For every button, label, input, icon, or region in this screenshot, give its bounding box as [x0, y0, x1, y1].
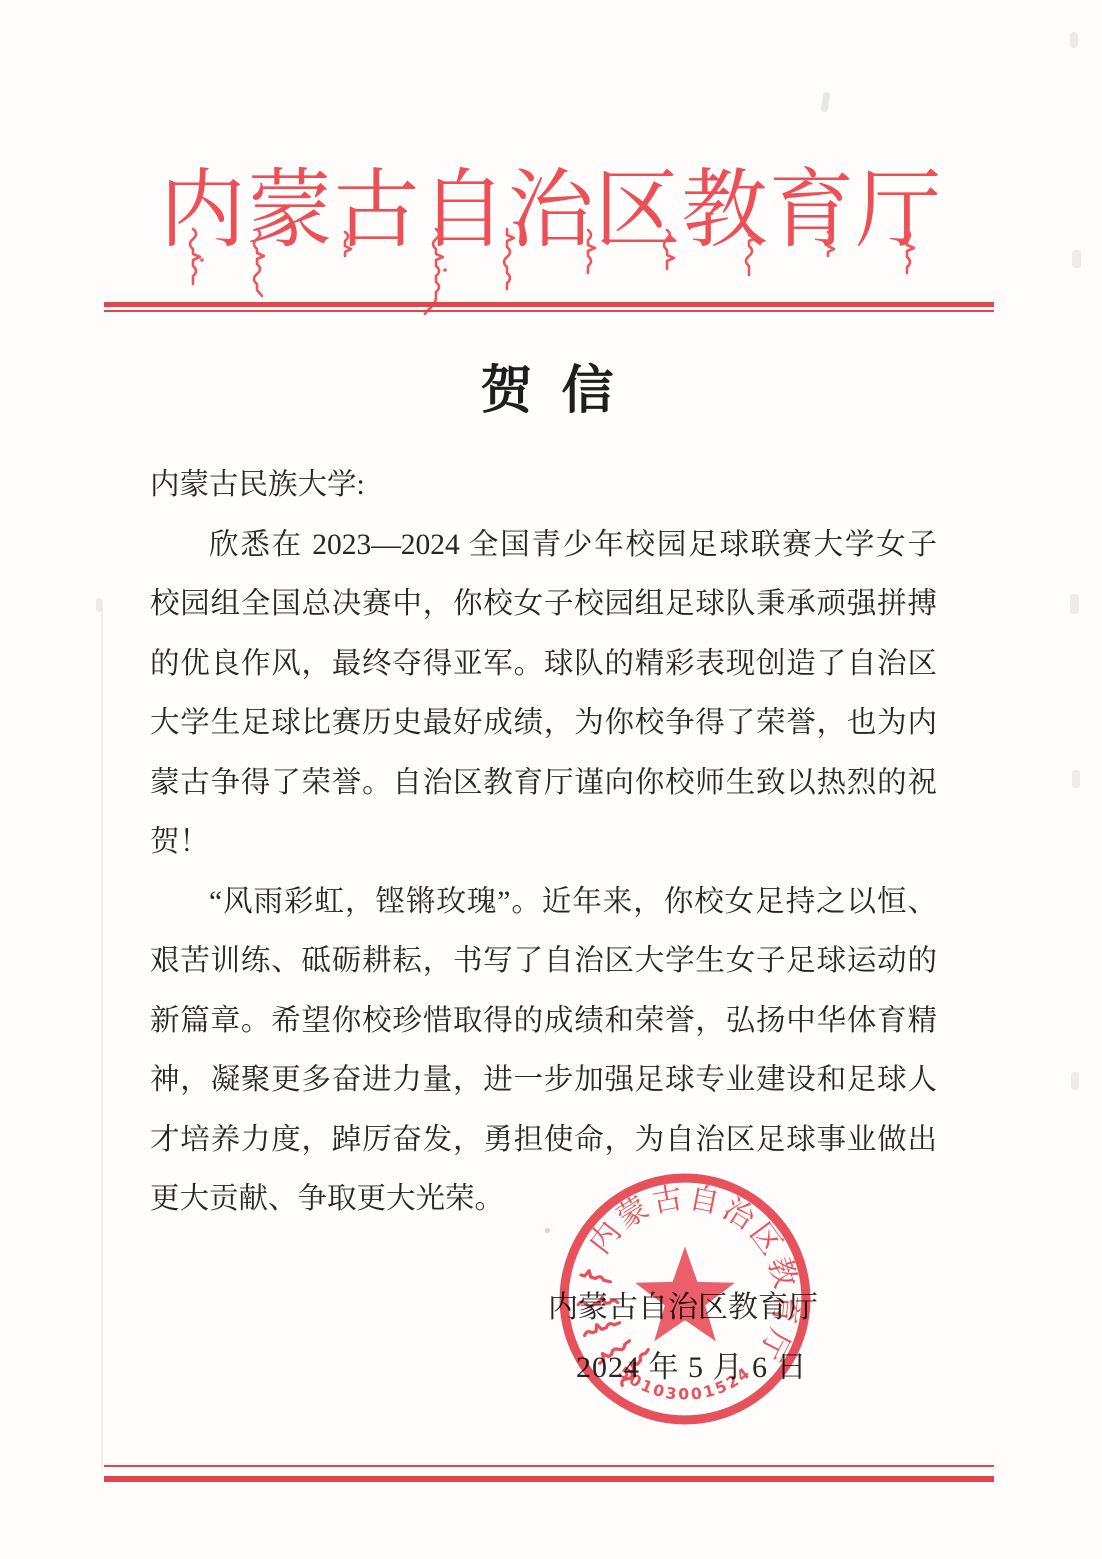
- letter-line: 更大贡献、争取更大光荣。: [150, 1170, 937, 1230]
- scan-artifact: [1072, 770, 1080, 788]
- scan-artifact: [96, 598, 102, 612]
- footer-rule-thin: [104, 1465, 994, 1467]
- mongolian-glyph: [504, 229, 514, 289]
- mongolian-glyph: [828, 232, 834, 256]
- letter-line: 内蒙古民族大学:: [150, 456, 937, 516]
- scan-artifact: [1070, 32, 1078, 48]
- header-rule-thick: [104, 302, 994, 307]
- mongolian-glyph: [664, 230, 674, 269]
- letter-line: 大学生足球比赛历史最好成绩，为你校争得了荣誉，也为内: [150, 694, 937, 754]
- letter-line: “风雨彩虹，铿锵玫瑰”。近年来，你校女足持之以恒、: [150, 873, 937, 933]
- letter-line: 才培养力度，踔厉奋发，勇担使命，为自治区足球事业做出: [150, 1111, 937, 1171]
- letter-line: 贺！: [150, 813, 937, 873]
- letter-page: 内蒙古自治区教育厅 贺 信 内蒙古民族大学:欣悉在 2023—2024 全国青少…: [0, 0, 1102, 1559]
- mongolian-glyph: [746, 230, 756, 275]
- mongolian-dot: [443, 268, 447, 272]
- letter-body: 内蒙古民族大学:欣悉在 2023—2024 全国青少年校园足球联赛大学女子校园组…: [150, 456, 937, 1230]
- mongolian-glyph: [345, 232, 351, 256]
- star-icon: [635, 1247, 735, 1342]
- scan-artifact: [1070, 594, 1079, 614]
- scan-edge-line: [101, 600, 103, 1470]
- letter-line: 神，凝聚更多奋进力量，进一步加强足球专业建设和足球人: [150, 1051, 937, 1111]
- mongolian-script-row: [161, 226, 941, 330]
- letter-line: 艰苦训练、砥砺耕耘，书写了自治区大学生女子足球运动的: [150, 932, 937, 992]
- document-title: 贺 信: [0, 348, 1102, 423]
- footer-rule-thick: [104, 1476, 994, 1482]
- scan-artifact: [1071, 1072, 1079, 1090]
- mongolian-glyph: [254, 229, 264, 296]
- mongolian-glyph: [907, 230, 914, 273]
- scan-artifact: [821, 92, 831, 113]
- header-rule-thin: [104, 310, 994, 312]
- ink-speck: [545, 1228, 550, 1233]
- letter-line: 蒙古争得了荣誉。自治区教育厅谨向你校师生致以热烈的祝: [150, 754, 937, 814]
- mongolian-glyph: [190, 229, 200, 284]
- official-seal: 内蒙古自治区教育厅 1501030015241: [552, 1166, 818, 1432]
- mongolian-glyph: [588, 230, 595, 273]
- mongolian-dot: [200, 258, 204, 262]
- letter-line: 的优良作风，最终夺得亚军。球队的精彩表现创造了自治区: [150, 635, 937, 695]
- letter-line: 校园组全国总决赛中，你校女子校园组足球队秉承顽强拼搏: [150, 575, 937, 635]
- scan-artifact: [1072, 250, 1081, 268]
- letter-line: 新篇章。希望你校珍惜取得的成绩和荣誉，弘扬中华体育精: [150, 992, 937, 1052]
- letter-line: 欣悉在 2023—2024 全国青少年校园足球联赛大学女子: [150, 516, 937, 576]
